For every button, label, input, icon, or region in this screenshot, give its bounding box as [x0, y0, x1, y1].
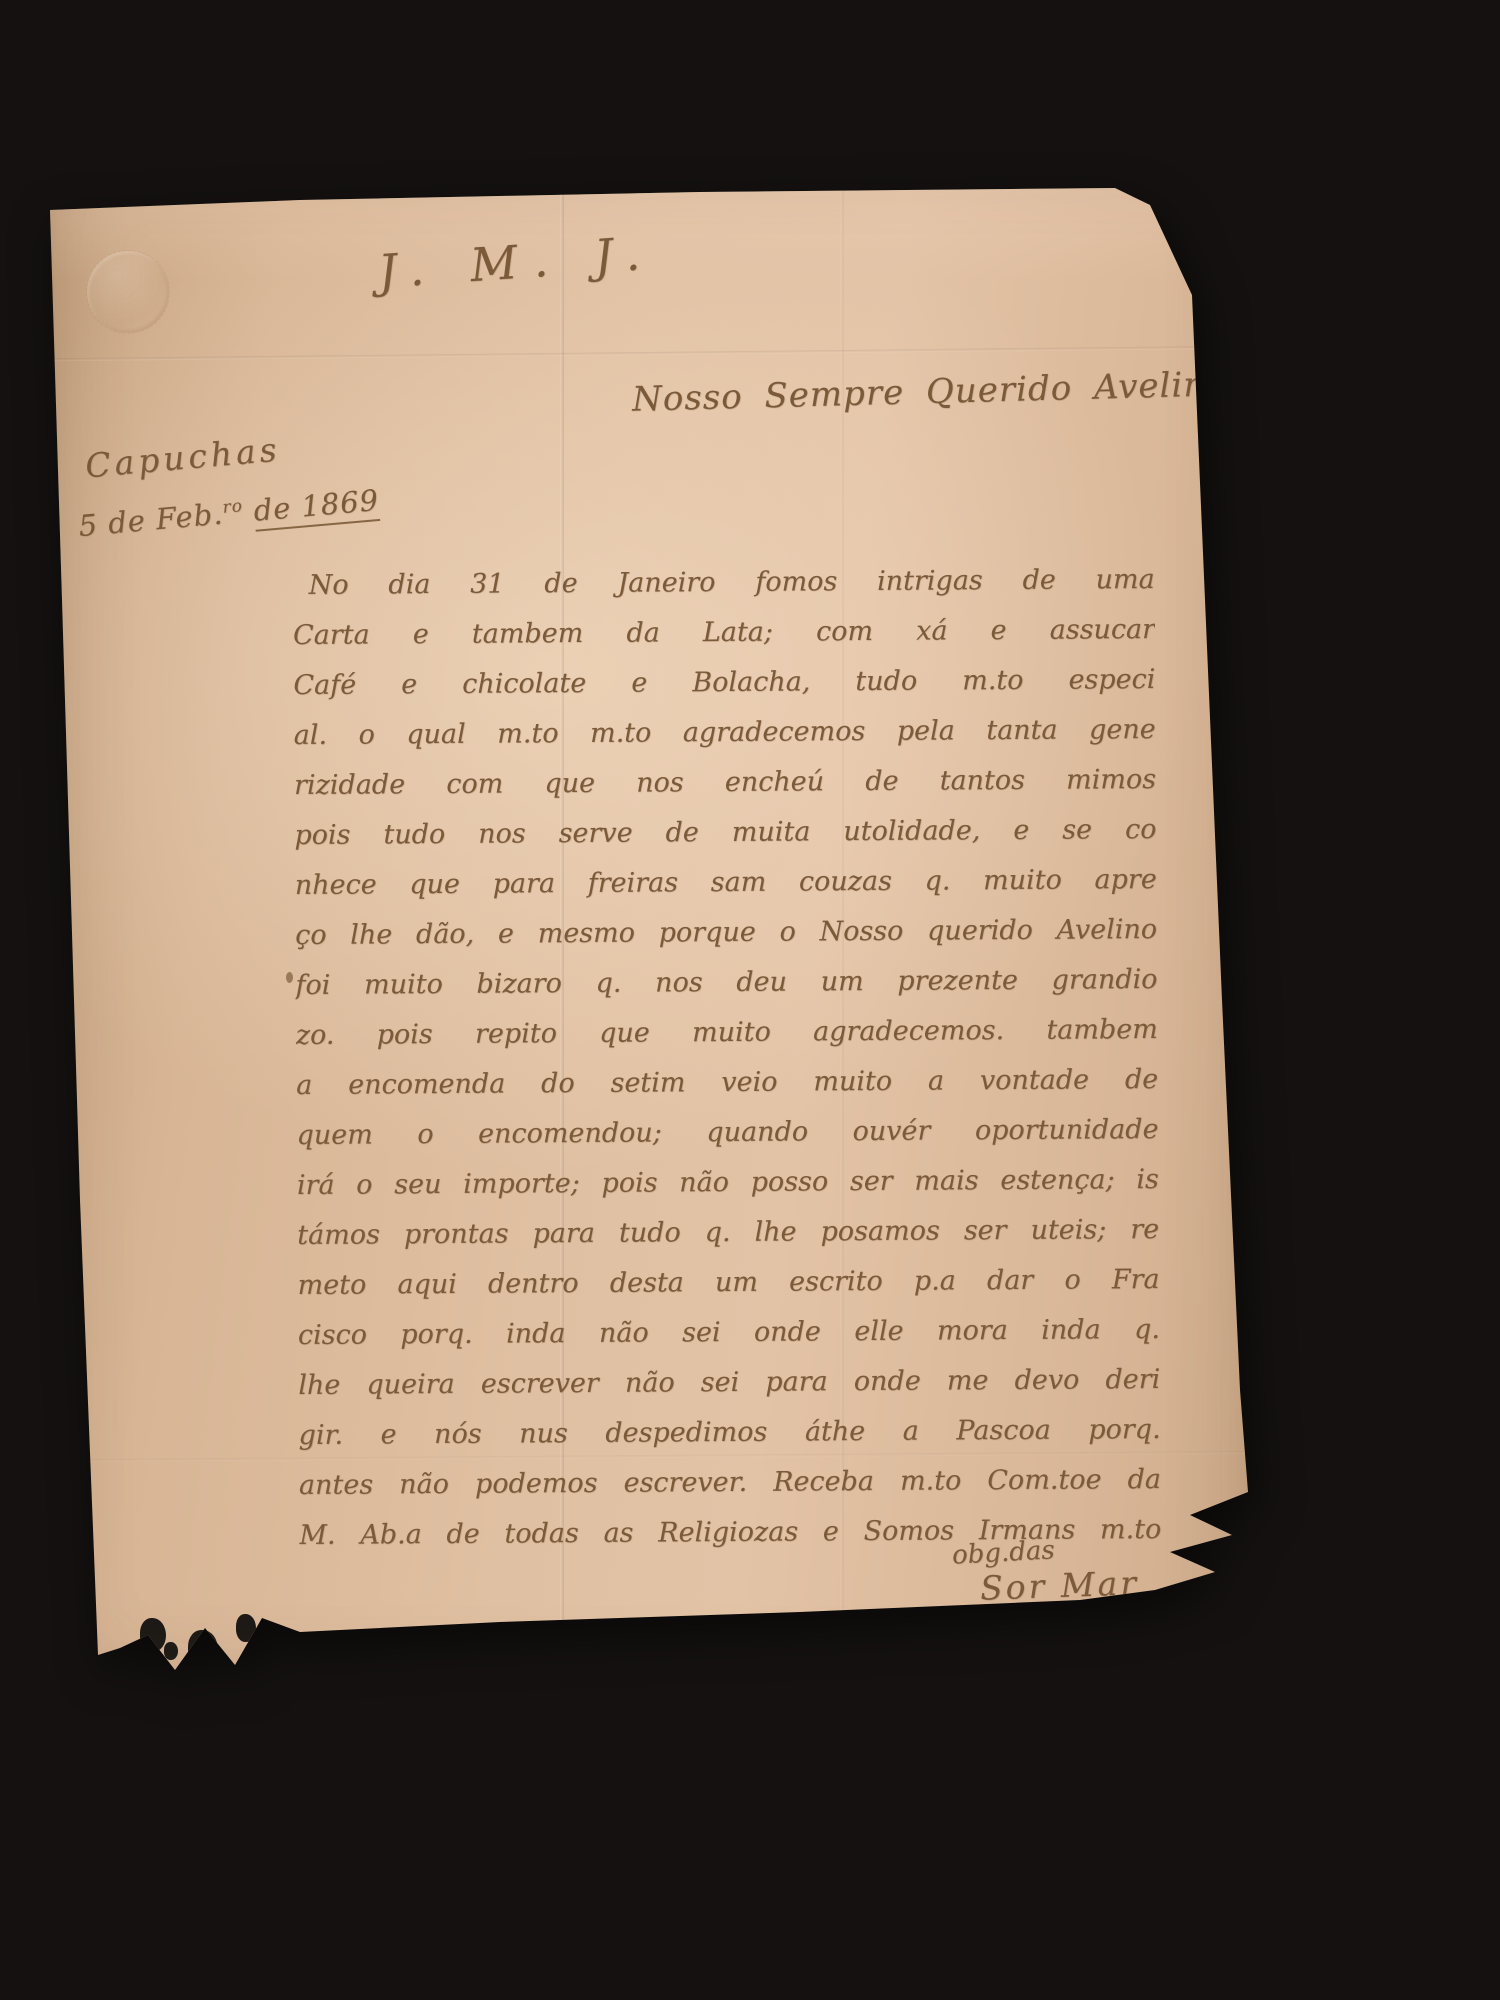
- body-line: pois tudo nos serve de muita utolidade, …: [294, 805, 1156, 861]
- date-underlined: de 1869: [252, 483, 381, 532]
- body-line: a encomenda do setim veio muito a vontad…: [296, 1055, 1158, 1111]
- salutation: Nosso Sempre Querido Avelino: [632, 364, 1229, 420]
- body-line: meto aqui dentro desta um escrito p.a da…: [297, 1255, 1159, 1311]
- date-line: 5 de Feb.ro de 1869: [77, 483, 380, 543]
- body-line: cisco porq. inda não sei onde elle mora …: [298, 1305, 1160, 1361]
- body-line: nhece que para freiras sam couzas q. mui…: [295, 855, 1157, 911]
- body-line: No dia 31 de Janeiro fomos intrigas de u…: [293, 555, 1155, 611]
- letter-body: No dia 31 de Janeiro fomos intrigas de u…: [293, 555, 1162, 1561]
- torn-hole: [268, 1634, 292, 1664]
- letter-photo: J. M. J. Nosso Sempre Querido Avelino Ca…: [0, 0, 1500, 2000]
- embossed-seal: [86, 250, 170, 334]
- body-line: Café e chicolate e Bolacha, tudo m.to es…: [293, 655, 1155, 711]
- closing-valediction: obg.das: [951, 1535, 1055, 1570]
- body-line: támos prontas para tudo q. lhe posamos s…: [297, 1205, 1159, 1261]
- date-prefix: 5 de Feb.: [77, 497, 225, 544]
- monogram: J. M. J.: [376, 225, 657, 298]
- torn-hole: [188, 1630, 218, 1668]
- signature: Sor Mar: [979, 1563, 1139, 1608]
- fold-crease-horizontal: [40, 346, 1260, 362]
- body-line: zo. pois repito que muito agradecemos. t…: [296, 1005, 1158, 1061]
- body-line: antes não podemos escrever. Receba m.to …: [299, 1455, 1161, 1511]
- body-line: al. o qual m.to m.to agradecemos pela ta…: [294, 705, 1156, 761]
- torn-hole: [164, 1642, 178, 1660]
- body-line: quem o encomendou; quando ouvér oportuni…: [296, 1105, 1158, 1161]
- torn-hole: [236, 1614, 256, 1642]
- letter-paper: J. M. J. Nosso Sempre Querido Avelino Ca…: [40, 140, 1260, 1700]
- ink-blot: [286, 972, 293, 983]
- body-line: gir. e nós nus despedimos áthe a Pascoa …: [298, 1405, 1160, 1461]
- torn-hole: [140, 1618, 166, 1652]
- place-line: Capuchas: [84, 430, 282, 486]
- body-line: rizidade com que nos encheú de tantos mi…: [294, 755, 1156, 811]
- body-line: Carta e tambem da Lata; com xá e assucar: [293, 605, 1155, 661]
- body-line: irá o seu importe; pois não posso ser ma…: [297, 1155, 1159, 1211]
- body-line: lhe queira escrever não sei para onde me…: [298, 1355, 1160, 1411]
- body-line: ço lhe dão, e mesmo porque o Nosso queri…: [295, 905, 1157, 961]
- body-line: foi muito bizaro q. nos deu um prezente …: [295, 955, 1157, 1011]
- date-superscript: ro: [222, 496, 244, 518]
